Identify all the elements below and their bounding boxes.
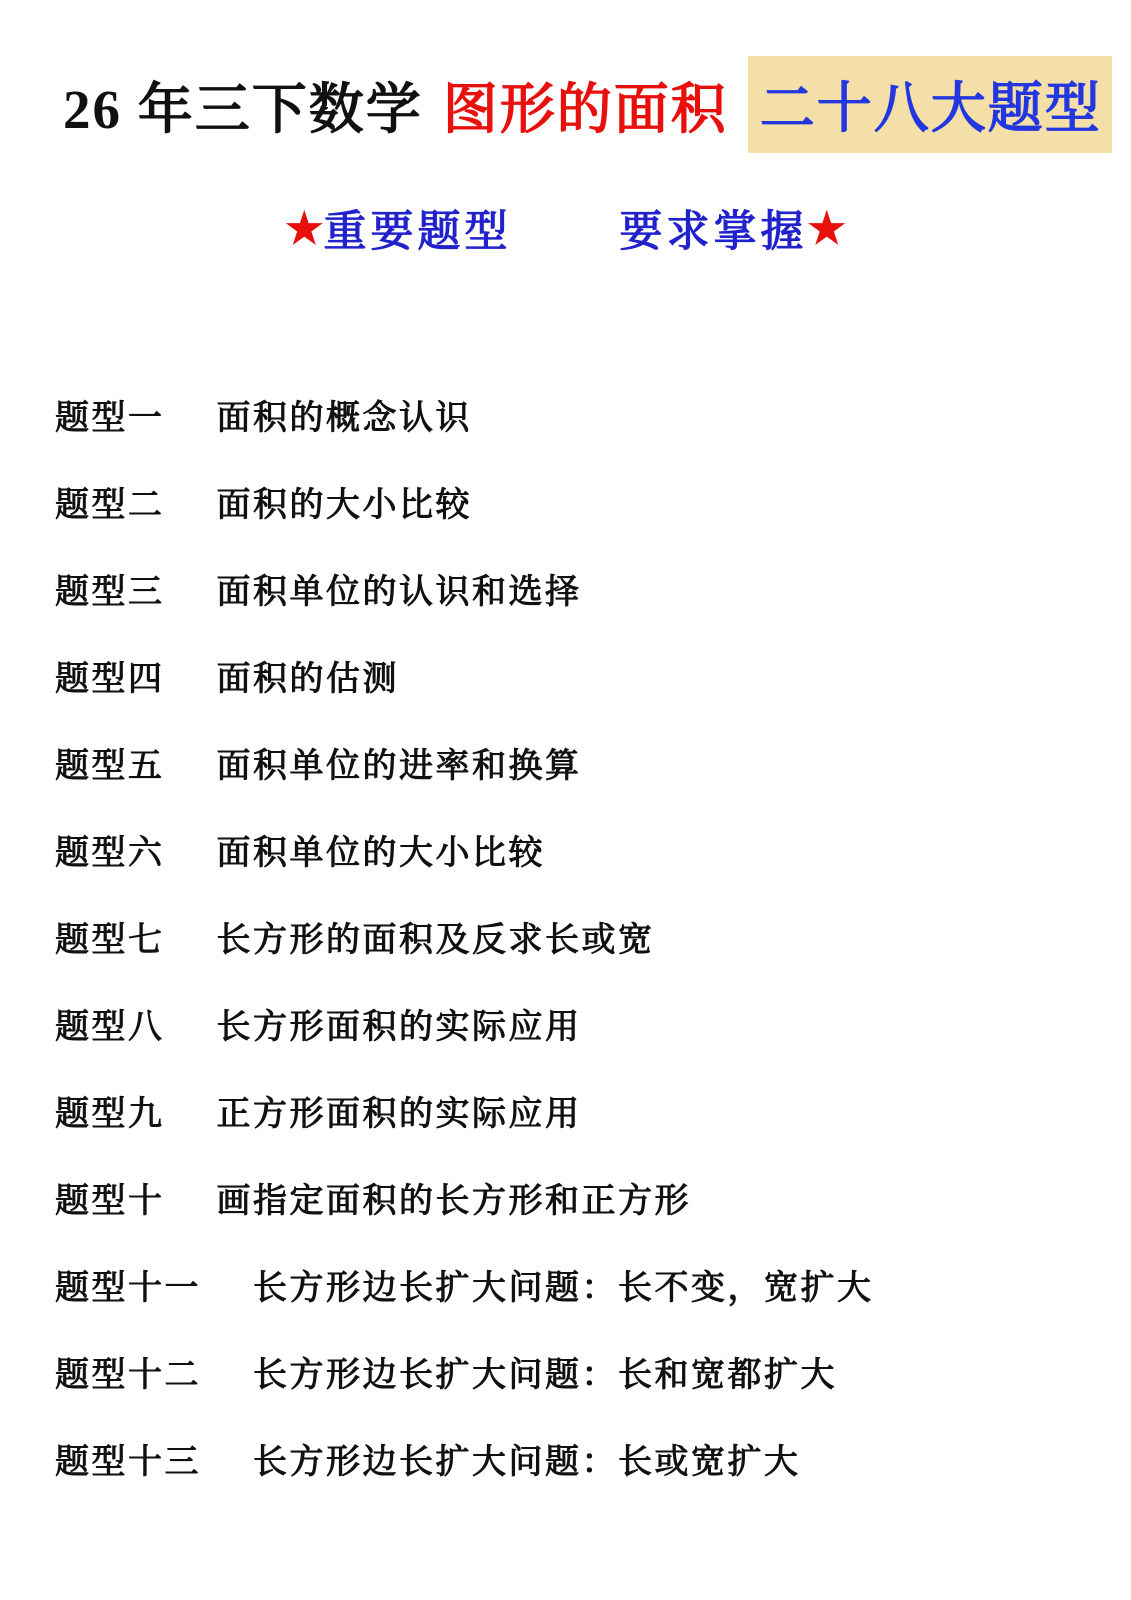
- type-label: 题型十一: [55, 1267, 201, 1311]
- type-text: 面积单位的进率和换算: [217, 745, 582, 789]
- problem-type-list: 题型一 面积的概念认识 题型二 面积的大小比较 题型三 面积单位的认识和选择 题…: [55, 397, 1091, 1485]
- list-item: 题型四 面积的估测: [55, 658, 1091, 702]
- type-text: 长方形边长扩大问题：长和宽都扩大: [253, 1354, 837, 1398]
- type-label: 题型七: [55, 919, 165, 963]
- document-page: 26 年三下数学 图形的面积 二十八大题型 ★ 重要题型 要求掌握 ★ 题型一 …: [0, 0, 1131, 1600]
- type-text: 正方形面积的实际应用: [217, 1093, 582, 1137]
- type-label: 题型五: [55, 745, 165, 789]
- star-icon: ★: [285, 204, 324, 254]
- subtitle-right-text: 要求掌握: [620, 198, 808, 259]
- list-item: 题型一 面积的概念认识: [55, 397, 1091, 441]
- title-highlight-part: 二十八大题型: [748, 56, 1112, 153]
- type-label: 题型八: [55, 1006, 165, 1050]
- type-text: 长方形边长扩大问题：长或宽扩大: [253, 1441, 801, 1485]
- list-item: 题型三 面积单位的认识和选择: [55, 571, 1091, 615]
- type-label: 题型二: [55, 484, 165, 528]
- list-item: 题型十二 长方形边长扩大问题：长和宽都扩大: [55, 1354, 1091, 1398]
- type-label: 题型十三: [55, 1441, 201, 1485]
- type-label: 题型四: [55, 658, 165, 702]
- list-item: 题型五 面积单位的进率和换算: [55, 745, 1091, 789]
- title-topic-part: 图形的面积: [443, 65, 728, 144]
- subtitle: ★ 重要题型 要求掌握 ★: [0, 198, 1131, 259]
- type-label: 题型十二: [55, 1354, 201, 1398]
- type-text: 面积的概念认识: [217, 397, 473, 441]
- list-item: 题型七 长方形的面积及反求长或宽: [55, 919, 1091, 963]
- type-label: 题型三: [55, 571, 165, 615]
- list-item: 题型十 画指定面积的长方形和正方形: [55, 1180, 1091, 1224]
- list-item: 题型九 正方形面积的实际应用: [55, 1093, 1091, 1137]
- type-label: 题型六: [55, 832, 165, 876]
- type-text: 面积单位的认识和选择: [217, 571, 582, 615]
- type-label: 题型十: [55, 1180, 165, 1224]
- type-label: 题型一: [55, 397, 165, 441]
- type-text: 长方形面积的实际应用: [217, 1006, 582, 1050]
- type-text: 面积单位的大小比较: [217, 832, 546, 876]
- type-text: 面积的大小比较: [217, 484, 473, 528]
- type-text: 长方形边长扩大问题：长不变，宽扩大: [253, 1267, 874, 1311]
- page-title: 26 年三下数学 图形的面积 二十八大题型: [63, 56, 1091, 153]
- list-item: 题型二 面积的大小比较: [55, 484, 1091, 528]
- list-item: 题型六 面积单位的大小比较: [55, 832, 1091, 876]
- star-icon: ★: [808, 204, 847, 254]
- type-text: 画指定面积的长方形和正方形: [217, 1180, 692, 1224]
- type-text: 长方形的面积及反求长或宽: [217, 919, 655, 963]
- type-text: 面积的估测: [217, 658, 400, 702]
- list-item: 题型十三 长方形边长扩大问题：长或宽扩大: [55, 1441, 1091, 1485]
- list-item: 题型十一 长方形边长扩大问题：长不变，宽扩大: [55, 1267, 1091, 1311]
- title-course-part: 26 年三下数学: [63, 65, 423, 144]
- subtitle-left-text: 重要题型: [324, 198, 512, 259]
- type-label: 题型九: [55, 1093, 165, 1137]
- list-item: 题型八 长方形面积的实际应用: [55, 1006, 1091, 1050]
